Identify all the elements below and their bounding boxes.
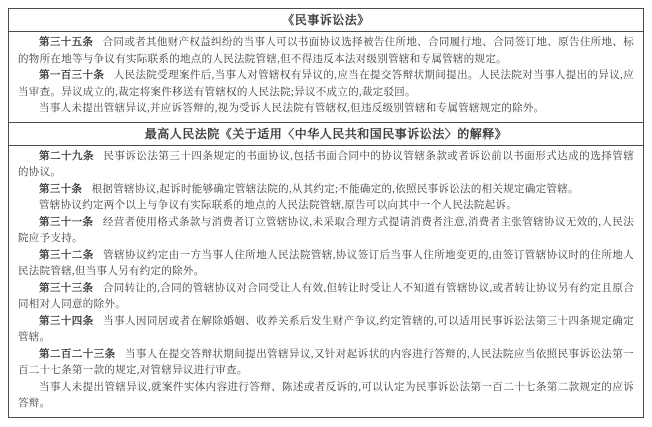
article-number-label: 第三十条 — [39, 184, 82, 195]
article-paragraph: 第一百三十条人民法院受理案件后,当事人对管辖权有异议的,应当在提交答辩状期间提出… — [18, 68, 634, 101]
interpretation-articles-section: 第二十九条民事诉讼法第三十四条规定的书面协议,包括书面合同中的协议管辖条款或者诉… — [9, 145, 643, 417]
article-text: 合同或者其他财产权益纠纷的当事人可以书面协议选择被告住所地、合同履行地、合同签订… — [18, 37, 634, 65]
article-text: 当事人因同居或者在解除婚姻、收养关系后发生财产争议,约定管辖的,可以适用民事诉讼… — [18, 316, 634, 344]
article-paragraph: 第三十二条管辖协议约定由一方当事人住所地人民法院管辖,协议签订后当事人住所地变更… — [18, 248, 634, 281]
article-paragraph: 第二十九条民事诉讼法第三十四条规定的书面协议,包括书面合同中的协议管辖条款或者诉… — [18, 149, 634, 182]
article-number-label: 第三十五条 — [39, 37, 93, 48]
document-page: 《民事诉讼法》 第三十五条合同或者其他财产权益纠纷的当事人可以书面协议选择被告住… — [0, 0, 652, 426]
article-text: 民事诉讼法第三十四条规定的书面协议,包括书面合同中的协议管辖条款或者诉讼前以书面… — [18, 151, 634, 179]
article-paragraph: 当事人未提出管辖异议,并应诉答辩的,视为受诉人民法院有管辖权,但违反级别管辖和专… — [18, 101, 634, 118]
article-paragraph: 第二百二十三条当事人在提交答辩状期间提出管辖异议,又针对起诉状的内容进行答辩的,… — [18, 347, 634, 380]
article-text: 经营者使用格式条款与消费者订立管辖协议,未采取合理方式提请消费者注意,消费者主张… — [18, 217, 634, 245]
article-text: 管辖协议约定两个以上与争议有实际联系的地点的人民法院管辖,原告可以向其中一个人民… — [39, 200, 517, 211]
article-text: 人民法院受理案件后,当事人对管辖权有异议的,应当在提交答辩状期间提出。人民法院对… — [18, 70, 634, 98]
article-paragraph: 管辖协议约定两个以上与争议有实际联系的地点的人民法院管辖,原告可以向其中一个人民… — [18, 198, 634, 215]
article-number-label: 第三十一条 — [39, 217, 93, 228]
law-articles-section: 第三十五条合同或者其他财产权益纠纷的当事人可以书面协议选择被告住所地、合同履行地… — [9, 31, 643, 122]
article-number-label: 第一百三十条 — [39, 70, 104, 81]
statute-table: 《民事诉讼法》 第三十五条合同或者其他财产权益纠纷的当事人可以书面协议选择被告住… — [8, 8, 644, 418]
interpretation-title-header: 最高人民法院《关于适用〈中华人民共和国民事诉讼法〉的解释》 — [9, 122, 643, 145]
article-paragraph: 第三十条根据管辖协议,起诉时能够确定管辖法院的,从其约定;不能确定的,依照民事诉… — [18, 182, 634, 199]
article-number-label: 第二十九条 — [39, 151, 94, 162]
article-number-label: 第三十三条 — [39, 283, 93, 294]
law-title-header: 《民事诉讼法》 — [9, 9, 643, 31]
article-text: 管辖协议约定由一方当事人住所地人民法院管辖,协议签订后当事人住所地变更的,由签订… — [18, 250, 634, 278]
article-number-label: 第三十二条 — [39, 250, 94, 261]
article-paragraph: 第三十三条合同转让的,合同的管辖协议对合同受让人有效,但转让时受让人不知道有管辖… — [18, 281, 634, 314]
article-number-label: 第二百二十三条 — [39, 349, 116, 360]
article-text: 当事人未提出管辖异议,并应诉答辩的,视为受诉人民法院有管辖权,但违反级别管辖和专… — [39, 103, 545, 114]
article-paragraph: 当事人未提出管辖异议,就案件实体内容进行答辩、陈述或者反诉的,可以认定为民事诉讼… — [18, 380, 634, 413]
article-paragraph: 第三十四条当事人因同居或者在解除婚姻、收养关系后发生财产争议,约定管辖的,可以适… — [18, 314, 634, 347]
article-number-label: 第三十四条 — [39, 316, 94, 327]
article-paragraph: 第三十一条经营者使用格式条款与消费者订立管辖协议,未采取合理方式提请消费者注意,… — [18, 215, 634, 248]
article-paragraph: 第三十五条合同或者其他财产权益纠纷的当事人可以书面协议选择被告住所地、合同履行地… — [18, 35, 634, 68]
article-text: 合同转让的,合同的管辖协议对合同受让人有效,但转让时受让人不知道有管辖协议,或者… — [18, 283, 634, 311]
article-text: 当事人未提出管辖异议,就案件实体内容进行答辩、陈述或者反诉的,可以认定为民事诉讼… — [18, 382, 634, 410]
article-text: 根据管辖协议,起诉时能够确定管辖法院的,从其约定;不能确定的,依照民事诉讼法的相… — [92, 184, 579, 195]
